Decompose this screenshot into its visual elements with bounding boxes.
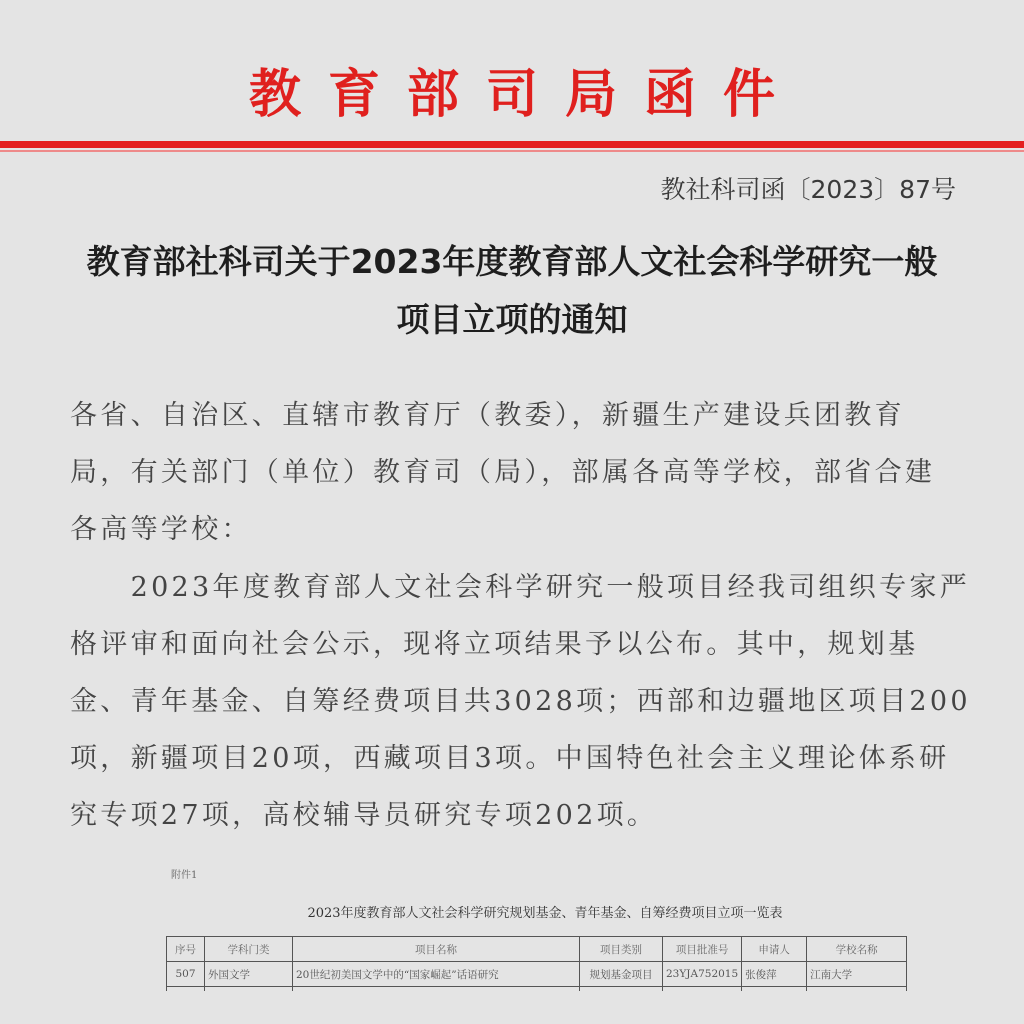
paragraph-line: 2023年度教育部人文社会科学研究一般项目经我司组织专家严: [70, 559, 970, 616]
red-divider-thin: [0, 150, 1024, 152]
notice-title-line-1: 教育部社科司关于2023年度教育部人文社会科学研究一般: [60, 232, 964, 292]
notice-title-line-2: 项目立项的通知: [60, 290, 964, 350]
cell-school: 江南大学: [807, 962, 907, 987]
paragraph-line: 格评审和面向社会公示，现将立项结果予以公布。其中，规划基: [70, 616, 918, 673]
column-header-project-type: 项目类别: [580, 937, 663, 962]
paragraph-line: 金、青年基金、自筹经费项目共3028项；西部和边疆地区项目200: [70, 673, 971, 730]
attachment-label: 附件1: [171, 866, 197, 881]
masthead-title: 教育部司局函件: [0, 60, 1024, 130]
recipients-line: 各高等学校：: [70, 501, 252, 558]
document-number: 教社科司函〔2023〕87号: [661, 170, 957, 210]
cell-approval-number: 23YJA752015: [663, 962, 742, 987]
cell-discipline: 外国文学: [205, 962, 293, 987]
attachment-table-title: 2023年度教育部人文社会科学研究规划基金、青年基金、自筹经费项目立项一览表: [250, 902, 840, 921]
cell-project-name: 20世纪初美国文学中的“国家崛起”话语研究: [293, 962, 580, 987]
column-header-index: 序号: [167, 937, 205, 962]
cell-index: 507: [167, 962, 205, 987]
column-header-discipline: 学科门类: [205, 937, 293, 962]
column-header-applicant: 申请人: [742, 937, 807, 962]
cell-applicant: 张俊萍: [742, 962, 807, 987]
column-header-school: 学校名称: [807, 937, 907, 962]
table-row-cutoff: [167, 987, 907, 992]
project-list-table: 序号 学科门类 项目名称 项目类别 项目批准号 申请人 学校名称 507 外国文…: [166, 936, 907, 991]
paragraph-line: 项，新疆项目20项，西藏项目3项。中国特色社会主义理论体系研: [70, 730, 950, 787]
paragraph-line: 究专项27项，高校辅导员研究专项202项。: [70, 787, 657, 844]
column-header-project-name: 项目名称: [293, 937, 580, 962]
cell-project-type: 规划基金项目: [580, 962, 663, 987]
table-row: 507 外国文学 20世纪初美国文学中的“国家崛起”话语研究 规划基金项目 23…: [167, 962, 907, 987]
docno-close-bracket: 〕: [874, 175, 899, 204]
docno-year: 2023: [811, 175, 875, 204]
column-header-approval-number: 项目批准号: [663, 937, 742, 962]
docno-open-bracket: 〔: [786, 175, 811, 204]
docno-prefix: 教社科司函: [661, 175, 786, 204]
docno-number: 87: [899, 175, 931, 204]
recipients-line: 局，有关部门（单位）教育司（局），部属各高等学校，部省合建: [70, 444, 935, 501]
recipients-line: 各省、自治区、直辖市教育厅（教委），新疆生产建设兵团教育: [70, 387, 905, 444]
red-divider-thick: [0, 141, 1024, 148]
docno-suffix: 号: [931, 175, 956, 204]
table-header-row: 序号 学科门类 项目名称 项目类别 项目批准号 申请人 学校名称: [167, 937, 907, 962]
